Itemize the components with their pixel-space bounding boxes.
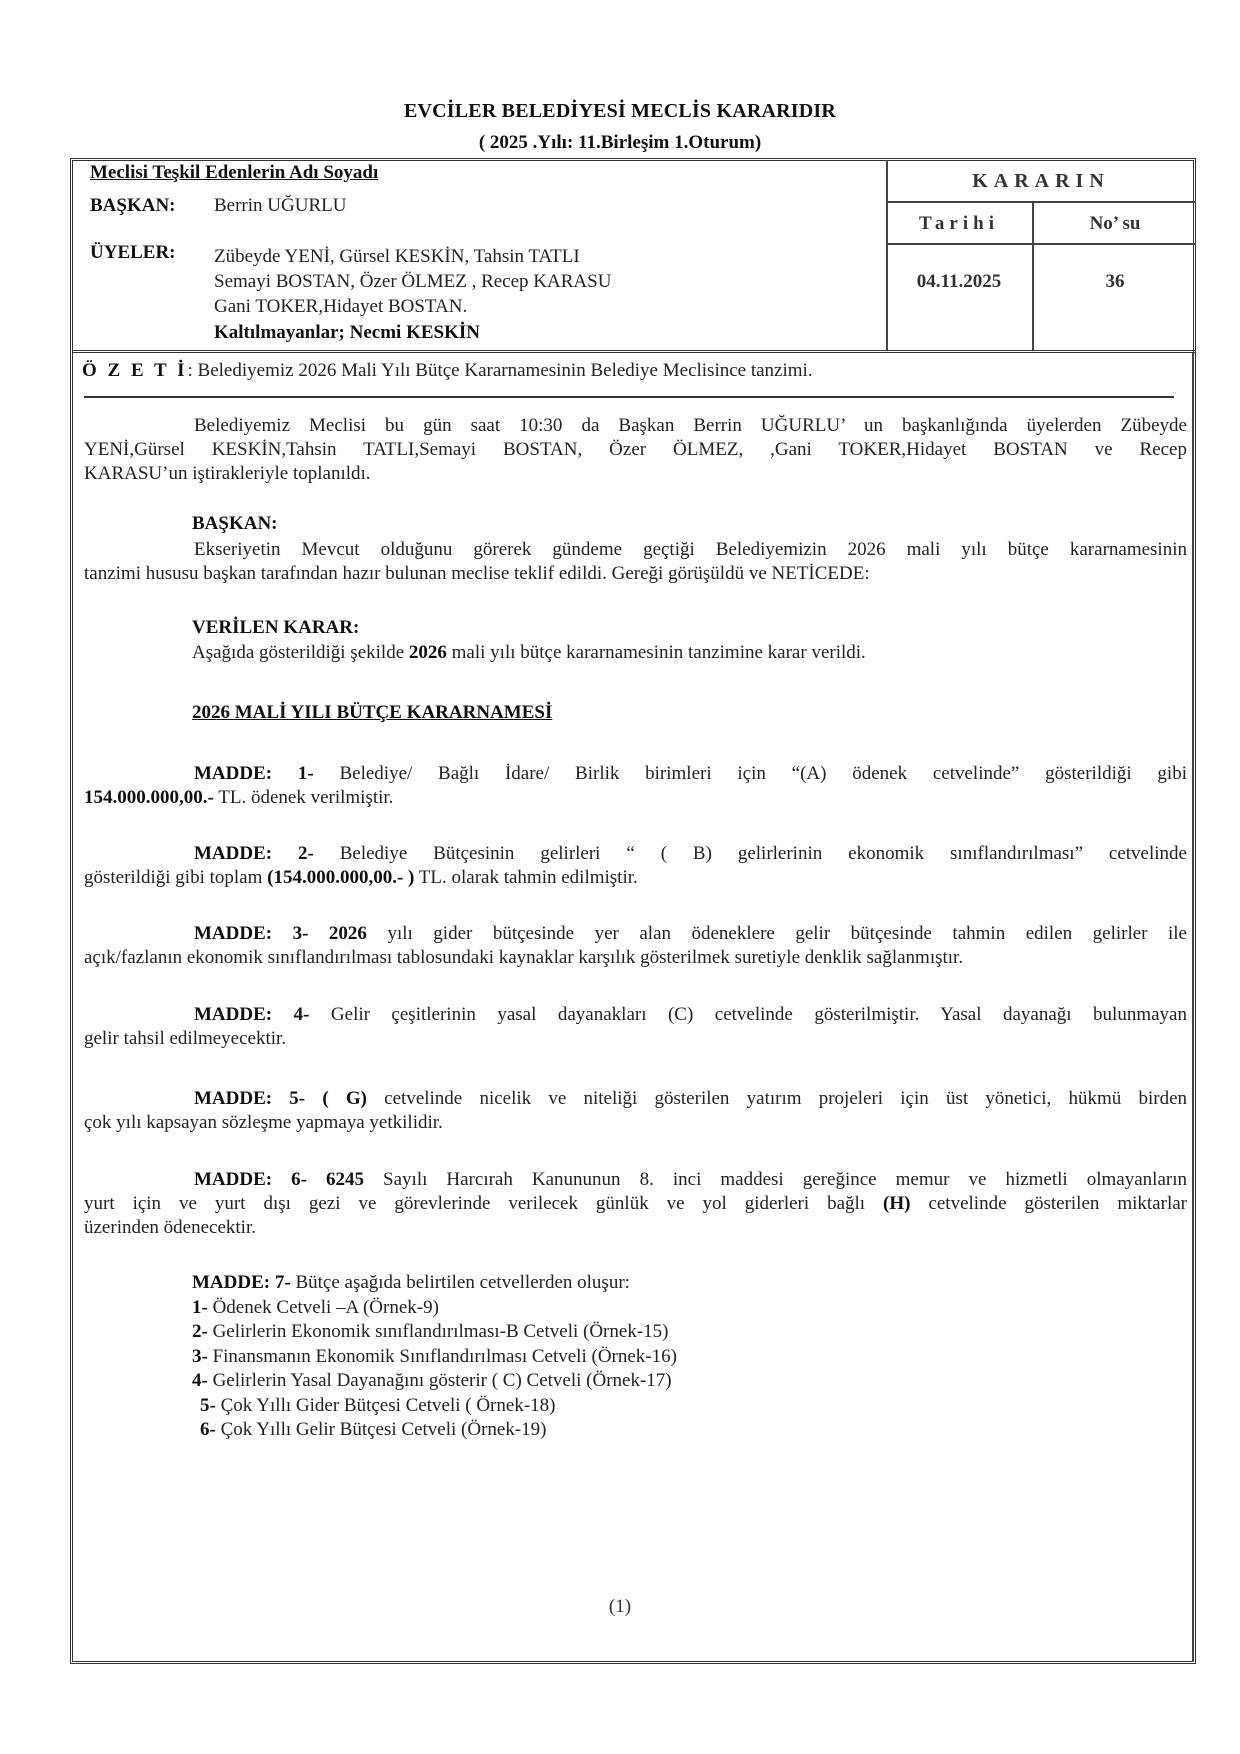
- schedule-item: 2- Gelirlerin Ekonomik sınıflandırılması…: [192, 1320, 677, 1345]
- members-line: Gani TOKER,Hidayet BOSTAN.: [214, 294, 611, 319]
- intro-line-2: YENİ,Gürsel KESKİN,Tahsin TATLI,Semayi B…: [84, 438, 1187, 462]
- members-line: Semayi BOSTAN, Özer ÖLMEZ , Recep KARASU: [214, 269, 611, 294]
- members-line: Zübeyde YENİ, Gürsel KESKİN, Tahsin TATL…: [214, 244, 611, 269]
- absent-members: Kaltılmayanlar; Necmi KESKİN: [214, 322, 480, 344]
- summary: Ö Z E T İ: Belediyemiz 2026 Mali Yılı Bü…: [82, 360, 813, 382]
- summary-label: Ö Z E T İ: [82, 360, 188, 381]
- decision-number-label: No’ su: [1034, 203, 1196, 245]
- decision-number: 36: [1034, 245, 1196, 350]
- decision-date: 04.11.2025: [886, 245, 1034, 350]
- header-separator: [73, 350, 1196, 356]
- chair-name: Berrin UĞURLU: [214, 193, 346, 218]
- chair-section-paragraph: Ekseriyetin Mevcut olduğunu görerek günd…: [84, 538, 1187, 586]
- decree-title: 2026 MALİ YILI BÜTÇE KARARNAMESİ: [192, 702, 552, 724]
- article-7-intro: MADDE: 7- Bütçe aşağıda belirtilen cetve…: [192, 1271, 677, 1296]
- article-7: MADDE: 7- Bütçe aşağıda belirtilen cetve…: [192, 1271, 677, 1443]
- chair-label: BAŞKAN:: [90, 195, 176, 217]
- frame-inner-right-border: [1192, 352, 1194, 1662]
- article-2: MADDE: 2- Belediye Bütçesinin gelirleri …: [84, 842, 1187, 890]
- members-label: ÜYELER:: [90, 242, 176, 264]
- article-4: MADDE: 4- Gelir çeşitlerinin yasal dayan…: [84, 1003, 1187, 1051]
- schedule-item: 4- Gelirlerin Yasal Dayanağını gösterir …: [192, 1369, 677, 1394]
- schedule-item: 1- Ödenek Cetveli –A (Örnek-9): [192, 1296, 677, 1321]
- decision-box-title: KARARIN: [886, 160, 1196, 203]
- intro-line-1: Belediyemiz Meclisi bu gün saat 10:30 da…: [84, 414, 1187, 438]
- verdict-heading: VERİLEN KARAR:: [192, 617, 359, 639]
- article-5: MADDE: 5- ( G) cetvelinde nicelik ve nit…: [84, 1087, 1187, 1135]
- schedule-item: 5- Çok Yıllı Gider Bütçesi Cetveli ( Örn…: [192, 1394, 677, 1419]
- schedule-item: 3- Finansmanın Ekonomik Sınıflandırılmas…: [192, 1345, 677, 1370]
- article-1: MADDE: 1- Belediye/ Bağlı İdare/ Birlik …: [84, 762, 1187, 810]
- intro-paragraph: Belediyemiz Meclisi bu gün saat 10:30 da…: [84, 414, 1187, 486]
- document-subtitle: ( 2025 .Yılı: 11.Birleşim 1.Oturum): [0, 132, 1240, 154]
- page-number: (1): [0, 1596, 1240, 1618]
- chair-line-1: Ekseriyetin Mevcut olduğunu görerek günd…: [84, 538, 1187, 562]
- intro-line-3: KARASU’un iştirakleriyle toplanıldı.: [84, 462, 1187, 486]
- summary-text: : Belediyemiz 2026 Mali Yılı Bütçe Karar…: [188, 360, 813, 381]
- schedule-item: 6- Çok Yıllı Gelir Bütçesi Cetveli (Örne…: [192, 1418, 677, 1443]
- members-list: Zübeyde YENİ, Gürsel KESKİN, Tahsin TATL…: [214, 244, 611, 319]
- chair-line-2: tanzimi hususu başkan tarafından hazır b…: [84, 562, 1187, 586]
- council-section-title: Meclisi Teşkil Edenlerin Adı Soyadı: [90, 162, 378, 184]
- verdict-text: Aşağıda gösterildiği şekilde 2026 mali y…: [192, 641, 1092, 665]
- document-title: EVCİLER BELEDİYESİ MECLİS KARARIDIR: [0, 100, 1240, 123]
- summary-underline: [84, 396, 1174, 398]
- article-3: MADDE: 3- 2026 yılı gider bütçesinde yer…: [84, 922, 1187, 970]
- article-6: MADDE: 6- 6245 Sayılı Harcırah Kanununun…: [84, 1168, 1187, 1240]
- decision-date-label: Tarihi: [886, 203, 1034, 245]
- chair-section-heading: BAŞKAN:: [192, 513, 278, 535]
